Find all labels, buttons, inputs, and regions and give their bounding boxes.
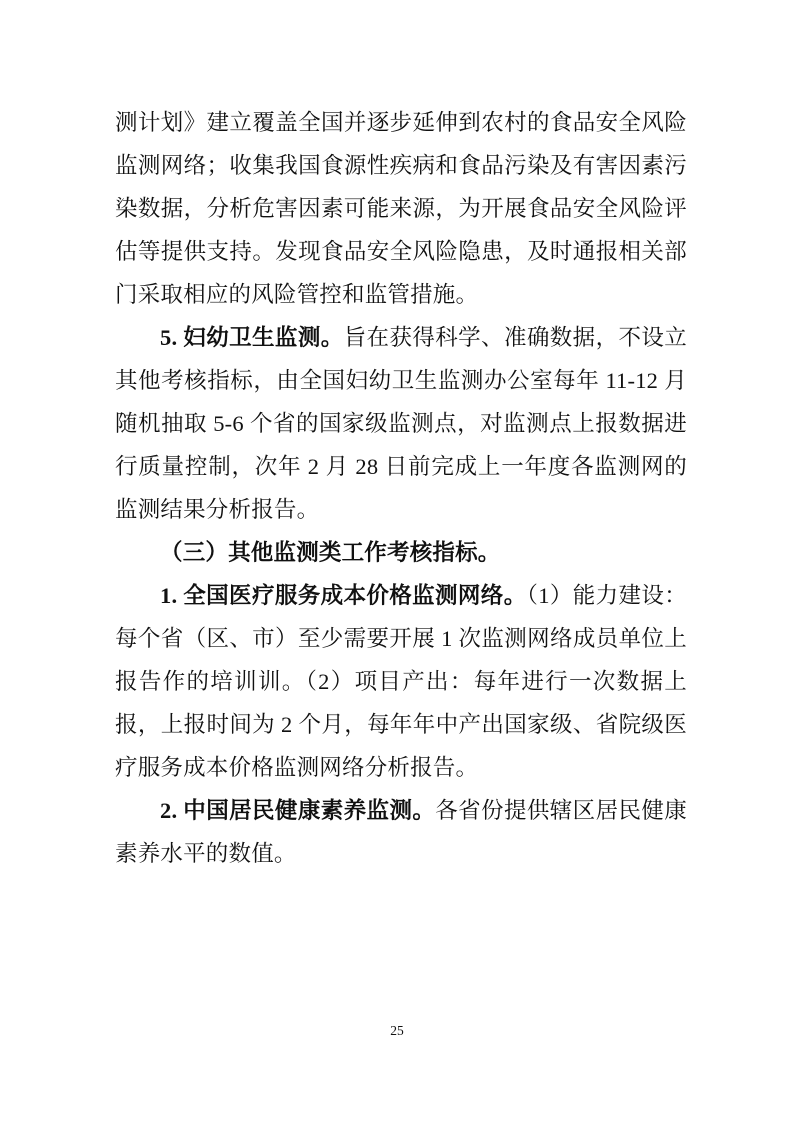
paragraph-item-2: 2. 中国居民健康素养监测。各省份提供辖区居民健康素养水平的数值。 xyxy=(115,789,687,875)
section-heading-text: （三）其他监测类工作考核指标。 xyxy=(160,540,501,565)
paragraph-item-1: 1. 全国医疗服务成本价格监测网络。（1）能力建设：每个省（区、市）至少需要开展… xyxy=(115,574,687,789)
document-page: 测计划》建立覆盖全国并逐步延伸到农村的食品安全风险监测网络；收集我国食源性疾病和… xyxy=(0,0,794,1122)
paragraph-text: 测计划》建立覆盖全国并逐步延伸到农村的食品安全风险监测网络；收集我国食源性疾病和… xyxy=(115,110,687,307)
page-number: 25 xyxy=(390,1023,404,1038)
document-body: 测计划》建立覆盖全国并逐步延伸到农村的食品安全风险监测网络；收集我国食源性疾病和… xyxy=(115,101,687,875)
paragraph-lead: 1. 全国医疗服务成本价格监测网络。 xyxy=(160,583,527,608)
paragraph-item-5: 5. 妇幼卫生监测。旨在获得科学、准确数据，不设立其他考核指标，由全国妇幼卫生监… xyxy=(115,316,687,531)
paragraph-continuation: 测计划》建立覆盖全国并逐步延伸到农村的食品安全风险监测网络；收集我国食源性疾病和… xyxy=(115,101,687,316)
section-heading: （三）其他监测类工作考核指标。 xyxy=(115,531,687,574)
paragraph-lead: 2. 中国居民健康素养监测。 xyxy=(160,798,435,823)
paragraph-text: （1）能力建设：每个省（区、市）至少需要开展 1 次监测网络成员单位上报告作的培… xyxy=(115,583,687,780)
page-footer: 25 xyxy=(0,1022,794,1040)
paragraph-lead: 5. 妇幼卫生监测。 xyxy=(160,325,344,350)
paragraph-text: 旨在获得科学、准确数据，不设立其他考核指标，由全国妇幼卫生监测办公室每年 11-… xyxy=(115,325,687,522)
